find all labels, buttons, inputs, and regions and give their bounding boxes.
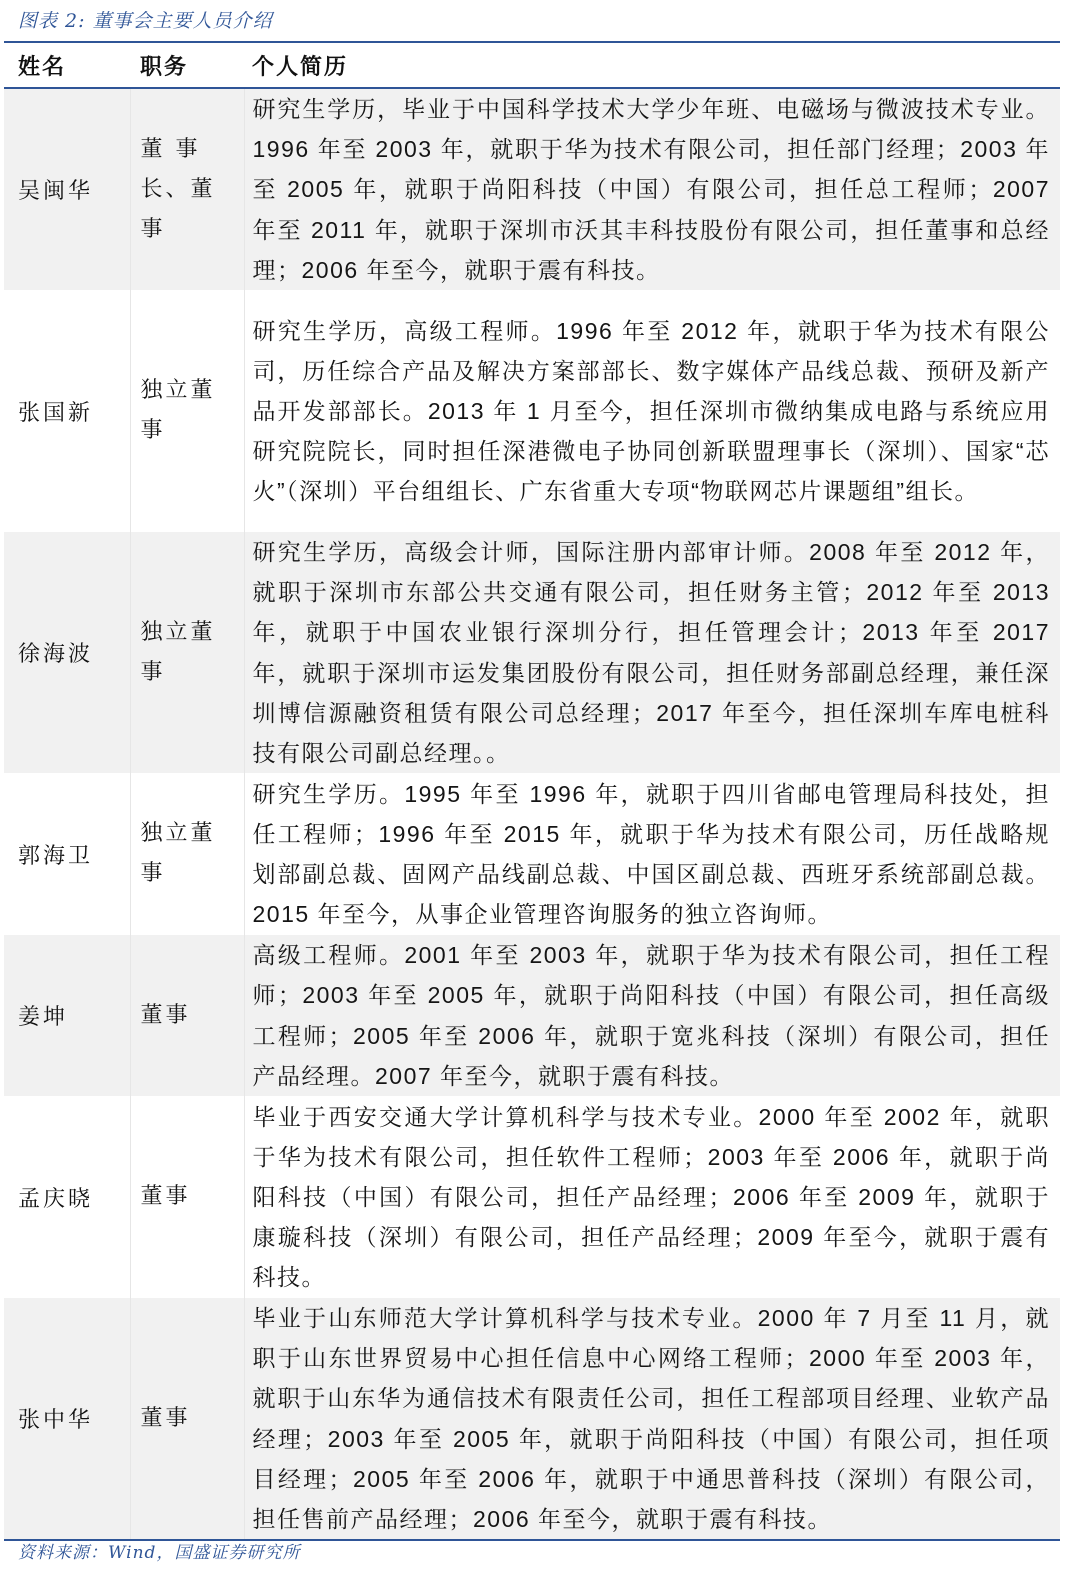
table-row: 郭海卫 独立董 事 研究生学历。1995 年至 1996 年，就职于四川省邮电管… — [4, 773, 1060, 935]
member-name: 吴闽华 — [4, 88, 130, 290]
member-name: 姜坤 — [4, 935, 130, 1096]
member-name: 张国新 — [4, 290, 130, 532]
member-role: 董事 — [130, 1298, 244, 1540]
table-row: 姜坤 董事 高级工程师。2001 年至 2003 年，就职于华为技术有限公司，担… — [4, 935, 1060, 1096]
member-name: 孟庆晓 — [4, 1096, 130, 1298]
table-header-row: 姓名 职务 个人简历 — [4, 42, 1060, 88]
member-name: 郭海卫 — [4, 773, 130, 935]
member-name: 张中华 — [4, 1298, 130, 1540]
table-row: 徐海波 独立董 事 研究生学历，高级会计师，国际注册内部审计师。2008 年至 … — [4, 532, 1060, 773]
member-bio: 毕业于西安交通大学计算机科学与技术专业。2000 年至 2002 年，就职于华为… — [244, 1096, 1060, 1298]
member-name: 徐海波 — [4, 532, 130, 773]
member-role: 独立董 事 — [130, 773, 244, 935]
figure-caption: 图表 2: 董事会主要人员介绍 — [18, 6, 273, 33]
member-bio: 研究生学历，高级会计师，国际注册内部审计师。2008 年至 2012 年，就职于… — [244, 532, 1060, 773]
table-row: 吴闽华 董 事 长、董 事 研究生学历，毕业于中国科学技术大学少年班、电磁场与微… — [4, 88, 1060, 290]
member-role: 董 事 长、董 事 — [130, 88, 244, 290]
member-bio: 毕业于山东师范大学计算机科学与技术专业。2000 年 7 月至 11 月，就职于… — [244, 1298, 1060, 1540]
header-role: 职务 — [130, 42, 244, 88]
member-role: 独立董 事 — [130, 290, 244, 532]
table-row: 张国新 独立董 事 研究生学历，高级工程师。1996 年至 2012 年，就职于… — [4, 290, 1060, 532]
member-role: 独立董 事 — [130, 532, 244, 773]
table-row: 张中华 董事 毕业于山东师范大学计算机科学与技术专业。2000 年 7 月至 1… — [4, 1298, 1060, 1540]
member-role: 董事 — [130, 935, 244, 1096]
member-role: 董事 — [130, 1096, 244, 1298]
member-bio: 研究生学历。1995 年至 1996 年，就职于四川省邮电管理局科技处，担任工程… — [244, 773, 1060, 935]
member-bio: 研究生学历，高级工程师。1996 年至 2012 年，就职于华为技术有限公司，历… — [244, 290, 1060, 532]
member-bio: 高级工程师。2001 年至 2003 年，就职于华为技术有限公司，担任工程师；2… — [244, 935, 1060, 1096]
board-members-table: 姓名 职务 个人简历 吴闽华 董 事 长、董 事 研究生学历，毕业于中国科学技术… — [4, 41, 1060, 1541]
member-bio: 研究生学历，毕业于中国科学技术大学少年班、电磁场与微波技术专业。1996 年至 … — [244, 88, 1060, 290]
header-bio: 个人简历 — [244, 42, 1060, 88]
header-name: 姓名 — [4, 42, 130, 88]
table-row: 孟庆晓 董事 毕业于西安交通大学计算机科学与技术专业。2000 年至 2002 … — [4, 1096, 1060, 1298]
source-note: 资料来源：Wind，国盛证券研究所 — [18, 1538, 300, 1563]
